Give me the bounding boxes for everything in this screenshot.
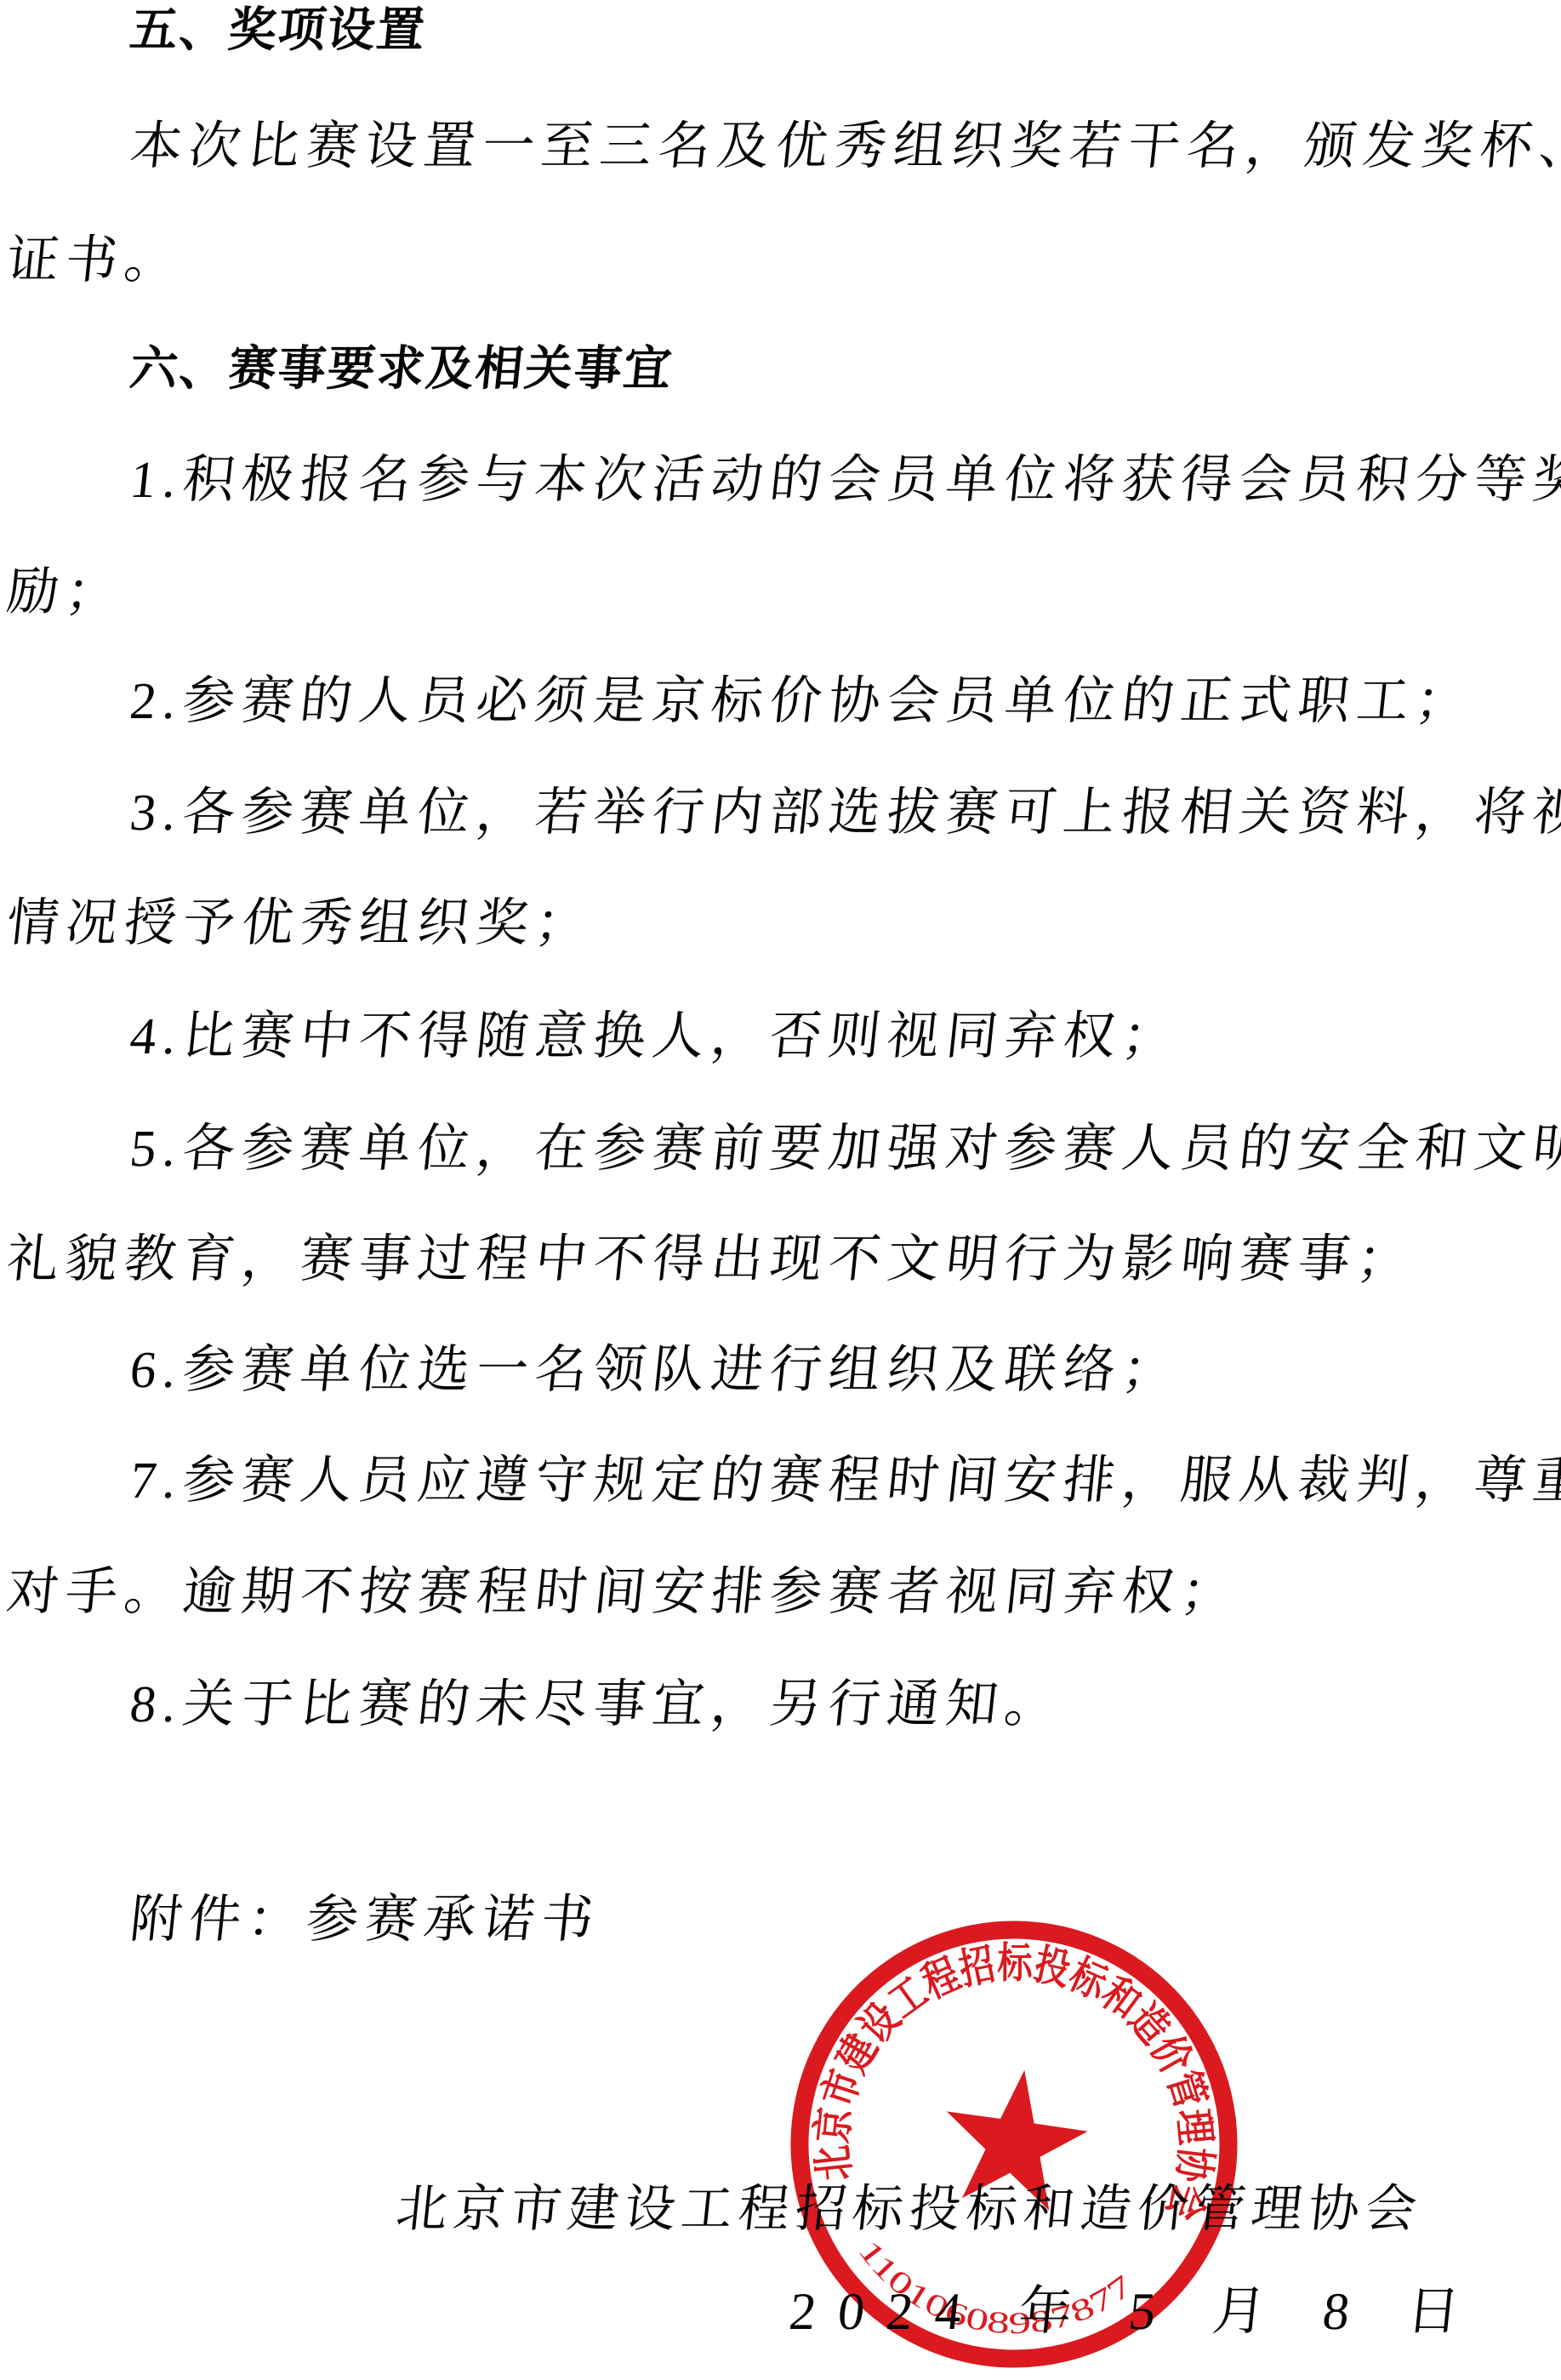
rule-item-1-cont: 励； (4, 567, 127, 619)
rule-item-6: 6.参赛单位选一名领队进行组织及联络； (128, 1344, 1183, 1396)
rule-item-5: 5.各参赛单位，在参赛前要加强对参赛人员的安全和文明 (128, 1123, 1561, 1175)
signature-date: 2024 年 5 月 8 日 (787, 2286, 1484, 2338)
rule-item-2: 2.参赛的人员必须是京标价协会员单位的正式职工； (128, 676, 1477, 728)
section-heading-5: 五、奖项设置 (128, 7, 429, 54)
rule-item-5-cont: 礼貌教育，赛事过程中不得出现不文明行为影响赛事； (4, 1234, 1418, 1286)
document-page: 五、奖项设置 本次比赛设置一至三名及优秀组织奖若干名，颁发奖杯、 证书。 六、赛… (0, 0, 1561, 2380)
signature-organization: 北京市建设工程招标投标和造价管理协会 (394, 2183, 1425, 2234)
rule-item-3: 3.各参赛单位，若举行内部选拔赛可上报相关资料，将视 (128, 787, 1561, 839)
attachment-note: 附件：参赛承诺书 (128, 1894, 602, 1946)
section-heading-6: 六、赛事要求及相关事宜 (128, 345, 675, 393)
rule-item-7: 7.参赛人员应遵守规定的赛程时间安排，服从裁判，尊重 (128, 1455, 1561, 1507)
paragraph-line: 证书。 (4, 235, 185, 287)
rule-item-3-cont: 情况授予优秀组织奖； (4, 898, 596, 950)
rule-item-4: 4.比赛中不得随意换人，否则视同弃权； (128, 1011, 1183, 1063)
rule-item-1: 1.积极报名参与本次活动的会员单位将获得会员积分等奖 (128, 454, 1561, 506)
rule-item-8: 8.关于比赛的未尽事宜，另行通知。 (128, 1679, 1066, 1731)
rule-item-7-cont: 对手。逾期不按赛程时间安排参赛者视同弃权； (4, 1567, 1242, 1618)
paragraph-line: 本次比赛设置一至三名及优秀组织奖若干名，颁发奖杯、 (128, 121, 1561, 173)
